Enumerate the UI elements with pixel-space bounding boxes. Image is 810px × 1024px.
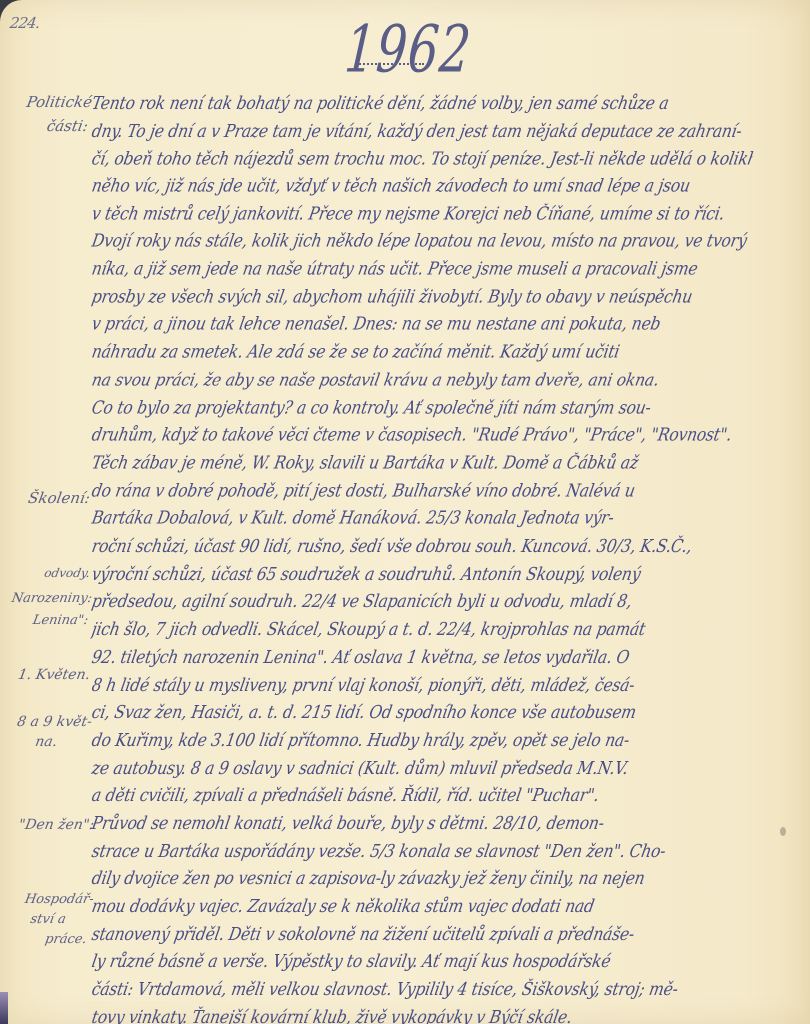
body-line: druhům, když to takové věci čteme v časo… [90, 425, 754, 446]
margin-label-line: Lenina": [0, 610, 90, 632]
margin-label-line: Hospodář- [8, 890, 96, 910]
margin-label-line: na. [2, 732, 90, 752]
body-line: něho víc, již nás jde učit, vždyť v těch… [90, 176, 754, 197]
year-title: 1962 [342, 12, 474, 88]
body-line: ci, Svaz žen, Hasiči, a. t. d. 215 lidí.… [90, 702, 754, 723]
margin-label-osmy-devaty-kveten: 8 a 9 květ- na. [2, 712, 93, 752]
margin-label-line: odvody. [4, 563, 92, 583]
body-line: Průvod se nemohl konati, velká bouře, by… [90, 813, 754, 834]
margin-label-line: práce. [1, 930, 89, 950]
body-line: Co to bylo za projektanty? a co kontroly… [90, 398, 754, 419]
margin-label-line: "Den žen": [4, 815, 96, 835]
body-line: na svou práci, že aby se naše postavil k… [90, 370, 754, 391]
body-line: níka, a již sem jede na naše útraty nás … [90, 259, 754, 280]
year-underline [356, 63, 424, 65]
body-line: 8 h lidé stály u mysliveny, první vlaj k… [90, 675, 754, 696]
body-line: roční schůzi, účast 90 lidí, rušno, šedí… [90, 536, 754, 557]
body-line: 92. tiletých narozenin Lenina". Ať oslav… [90, 647, 754, 668]
body-line: ly různé básně a verše. Výpěstky to slav… [90, 951, 754, 972]
body-line: Bartáka Dobalová, v Kult. domě Hanáková.… [90, 508, 754, 529]
body-line: do rána v dobré pohodě, pití jest dosti,… [90, 481, 754, 502]
margin-label-odvody: odvody. [4, 563, 92, 583]
body-line: tovy vinkaty. Ťanejší kovární klub, živě… [90, 1007, 754, 1024]
margin-label-line: 8 a 9 květ- [6, 712, 94, 732]
margin-label-narozeniny: Narozeniny: Lenina": [0, 588, 94, 632]
body-line: jich šlo, 7 jich odvedli. Skácel, Skoupý… [90, 619, 754, 640]
body-line: ze autobusy. 8 a 9 oslavy v sadnici (Kul… [90, 758, 754, 779]
body-line: Těch zábav je méně, W. Roky, slavili u B… [90, 453, 754, 474]
body-line: části: Vrtdamová, měli velkou slavnost. … [90, 979, 754, 1000]
margin-label-line: části: [2, 116, 90, 136]
margin-label-line: Školení: [4, 488, 92, 508]
body-line: předsedou, agilní soudruh. 22/4 ve Slapa… [90, 591, 754, 612]
body-line: Tento rok není tak bohatý na politické d… [90, 93, 754, 114]
margin-label-line: Politické [6, 92, 94, 112]
binding-edge [0, 992, 8, 1024]
chronicle-page: 224. 1962 Politické části: Školení: odvo… [0, 0, 810, 1024]
body-line: mou dodávky vajec. Zavázaly se k několik… [90, 896, 754, 917]
body-line: náhradu za smetek. Ale zdá se že se to z… [90, 342, 754, 363]
margin-label-line: Narozeniny: [2, 588, 94, 610]
body-line: prosby ze všech svých sil, abychom uháji… [90, 287, 754, 308]
body-line: v těch mistrů celý jankovití. Přece my n… [90, 204, 754, 225]
margin-label-line: ství a [4, 910, 92, 930]
body-line: výroční schůzi, účast 65 soudružek a sou… [90, 564, 754, 585]
margin-label-den-zen: "Den žen": [4, 815, 96, 835]
margin-label-line: 1. Květen. [4, 665, 92, 685]
body-line: v práci, a jinou tak lehce nenašel. Dnes… [90, 314, 754, 335]
margin-label-skoleni: Školení: [4, 488, 92, 508]
margin-label-hospodarstvi: Hospodář- ství a práce. [1, 890, 96, 950]
ink-stain [780, 827, 786, 836]
body-line: stanovený přiděl. Děti v sokolovně na ži… [90, 924, 754, 945]
page-number: 224. [9, 14, 41, 32]
body-line: dny. To je dní a v Praze tam je vítání, … [90, 121, 754, 142]
body-line: strace u Bartáka uspořádány vezše. 5/3 k… [90, 841, 754, 862]
body-line: Dvojí roky nás stále, kolik jich někdo l… [90, 231, 754, 252]
margin-label-prvni-kveten: 1. Květen. [4, 665, 92, 685]
body-line: do Kuřimy, kde 3.100 lidí přítomno. Hudb… [90, 730, 754, 751]
body-line: dily dvojice žen po vesnici a zapisova-l… [90, 868, 754, 889]
body-line: a děti cvičili, zpívali a přednášeli bás… [90, 785, 754, 806]
margin-label-politicke: Politické části: [2, 92, 94, 136]
body-line: čí, obeň toho těch nájezdů sem trochu mo… [90, 149, 754, 170]
